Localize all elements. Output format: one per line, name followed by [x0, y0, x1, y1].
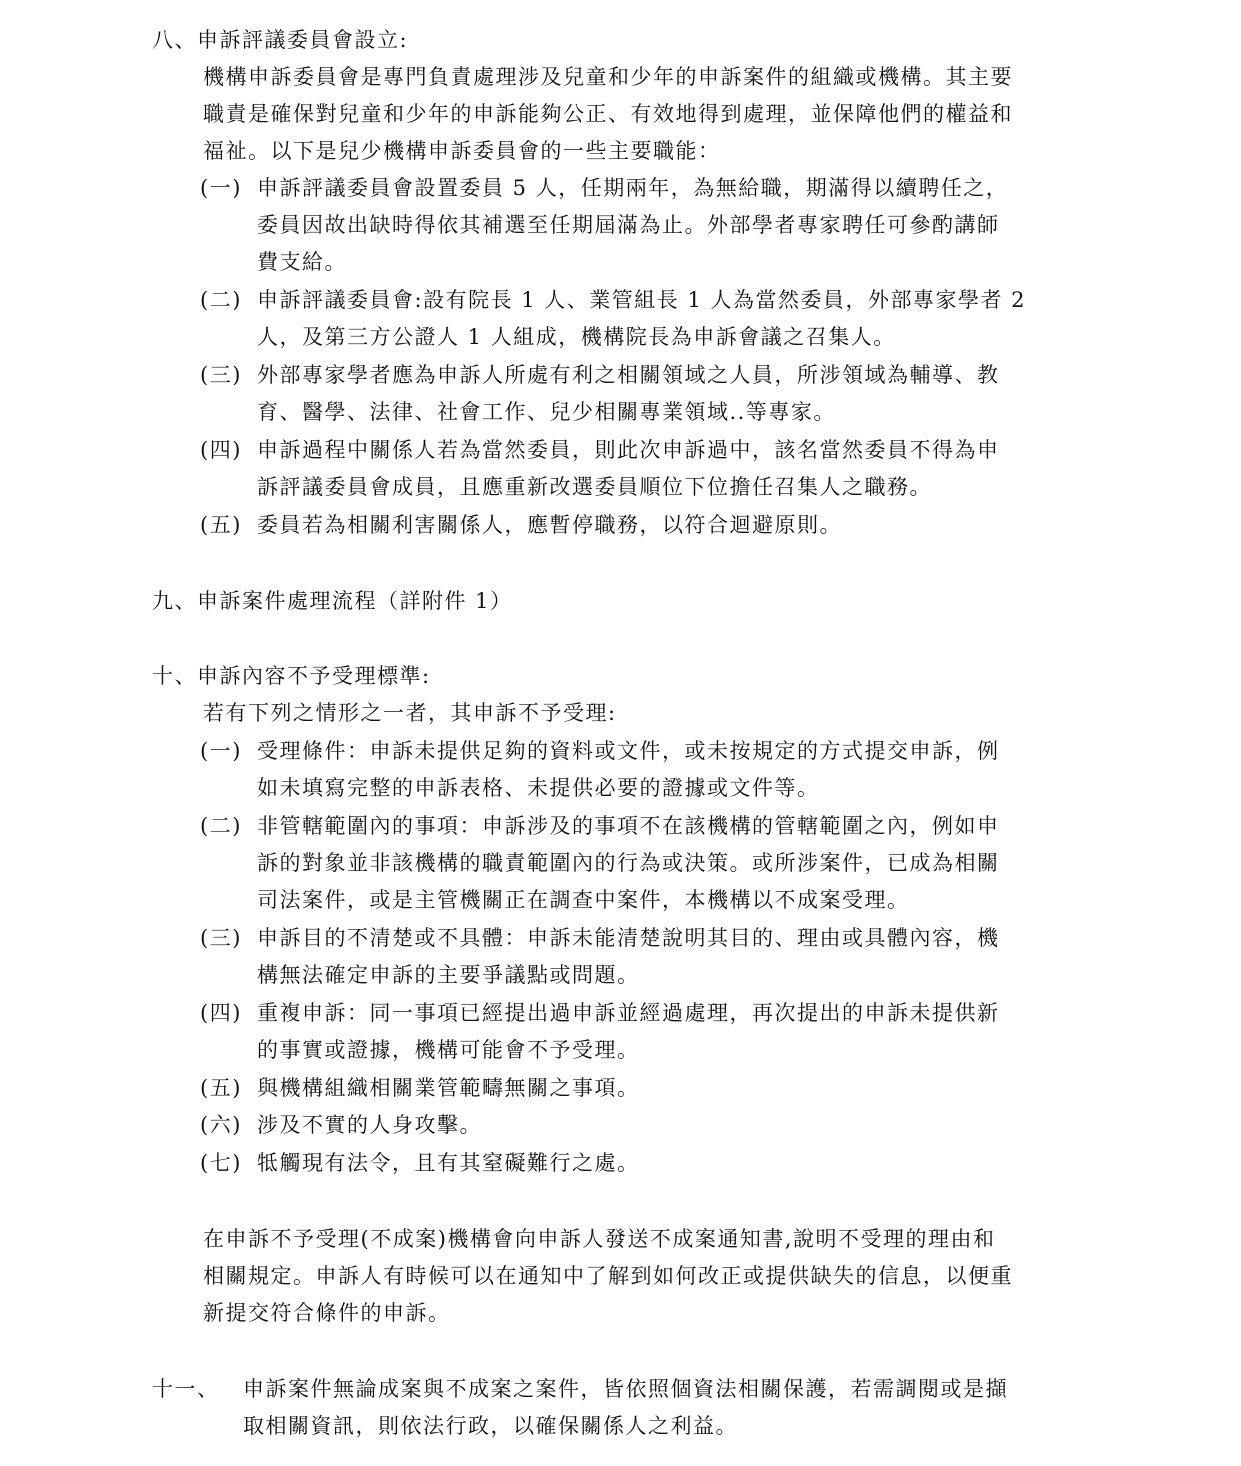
list-item-text: 牴觸現有法令，且有其窒礙難行之處。: [257, 1150, 640, 1176]
section-10-intro: 若有下列之情形之一者，其申訴不予受理:: [203, 700, 617, 726]
list-item-text: 構無法確定申訴的主要爭議點或問題。: [257, 962, 640, 988]
list-item-text: 受理條件：申訴未提供足夠的資料或文件，或未按規定的方式提交申訴，例: [257, 738, 1000, 764]
list-item-text: 如未填寫完整的申訴表格、未提供必要的證據或文件等。: [257, 775, 820, 801]
list-item-marker: (三): [200, 925, 242, 951]
list-item-text: 涉及不實的人身攻擊。: [257, 1112, 482, 1138]
list-item-text: 委員因故出缺時得依其補選至任期屆滿為止。外部學者專家聘任可參酌講師: [257, 212, 1000, 238]
list-item-text: 申訴評議委員會設置委員 5 人，任期兩年，為無給職，期滿得以續聘任之，: [257, 175, 1008, 201]
list-item-text: 人，及第三方公證人 1 人組成，機構院長為申訴會議之召集人。: [257, 324, 896, 350]
list-item-marker: (五): [200, 512, 242, 538]
section-11-heading: 十一、: [152, 1376, 220, 1402]
list-item-marker: (七): [200, 1150, 242, 1176]
section-8-heading: 八、申訴評議委員會設立:: [152, 27, 408, 53]
list-item-text: 重複申訴：同一事項已經提出過申訴並經過處理，再次提出的申訴未提供新: [257, 1000, 1000, 1026]
list-item-marker: (一): [200, 175, 242, 201]
section-11-text-line-1: 申訴案件無論成案與不成案之案件，皆依照個資法相關保護，若需調閱或是擷: [243, 1376, 1008, 1402]
section-8-intro-line-2: 職責是確保對兒童和少年的申訴能夠公正、有效地得到處理，並保障他們的權益和: [203, 101, 1013, 127]
list-item-text: 訴的對象並非該機構的職責範圍內的行為或決策。或所涉案件，已成為相關: [257, 850, 1000, 876]
list-item-marker: (一): [200, 738, 242, 764]
list-item-text: 申訴評議委員會:設有院長 1 人、業管組長 1 人為當然委員，外部專家學者 2: [257, 287, 1026, 313]
list-item-text: 申訴過程中關係人若為當然委員，則此次申訴過中，該名當然委員不得為申: [257, 437, 1000, 463]
list-item-text: 與機構組織相關業管範疇無關之事項。: [257, 1075, 640, 1101]
list-item-text: 申訴目的不清楚或不具體：申訴未能清楚說明其目的、理由或具體內容，機: [257, 925, 1000, 951]
list-item-text: 非管轄範圍內的事項：申訴涉及的事項不在該機構的管轄範圍之內，例如申: [257, 813, 1000, 839]
section-10-closing-line-1: 在申訴不予受理(不成案)機構會向申訴人發送不成案通知書,說明不受理的理由和: [203, 1226, 996, 1252]
list-item-marker: (三): [200, 362, 242, 388]
list-item-marker: (六): [200, 1112, 242, 1138]
section-8-intro-line-3: 福祉。以下是兒少機構申訴委員會的一些主要職能：: [203, 138, 721, 164]
section-11-text-line-2: 取相關資訊，則依法行政，以確保關係人之利益。: [243, 1413, 738, 1439]
list-item-text: 委員若為相關利害關係人，應暫停職務，以符合迴避原則。: [257, 512, 842, 538]
list-item-marker: (四): [200, 437, 242, 463]
list-item-text: 司法案件，或是主管機關正在調查中案件，本機構以不成案受理。: [257, 887, 910, 913]
list-item-marker: (四): [200, 1000, 242, 1026]
list-item-text: 外部專家學者應為申訴人所處有利之相關領域之人員，所涉領域為輔導、教: [257, 362, 1000, 388]
list-item-marker: (二): [200, 813, 242, 839]
section-9-heading: 九、申訴案件處理流程（詳附件 1）: [152, 588, 513, 614]
section-10-closing-line-3: 新提交符合條件的申訴。: [203, 1300, 451, 1326]
section-8-intro-line-1: 機構申訴委員會是專門負責處理涉及兒童和少年的申訴案件的組織或機構。其主要: [203, 64, 1013, 90]
list-item-text: 費支給。: [257, 249, 347, 275]
list-item-text: 的事實或證據，機構可能會不予受理。: [257, 1037, 640, 1063]
list-item-text: 育、醫學、法律、社會工作、兒少相關專業領域..等專家。: [257, 399, 836, 425]
list-item-marker: (二): [200, 287, 242, 313]
section-10-heading: 十、申訴內容不予受理標準:: [152, 663, 431, 689]
list-item-text: 訴評議委員會成員，且應重新改選委員順位下位擔任召集人之職務。: [257, 474, 932, 500]
list-item-marker: (五): [200, 1075, 242, 1101]
section-10-closing-line-2: 相關規定。申訴人有時候可以在通知中了解到如何改正或提供缺失的信息，以便重: [203, 1263, 1013, 1289]
